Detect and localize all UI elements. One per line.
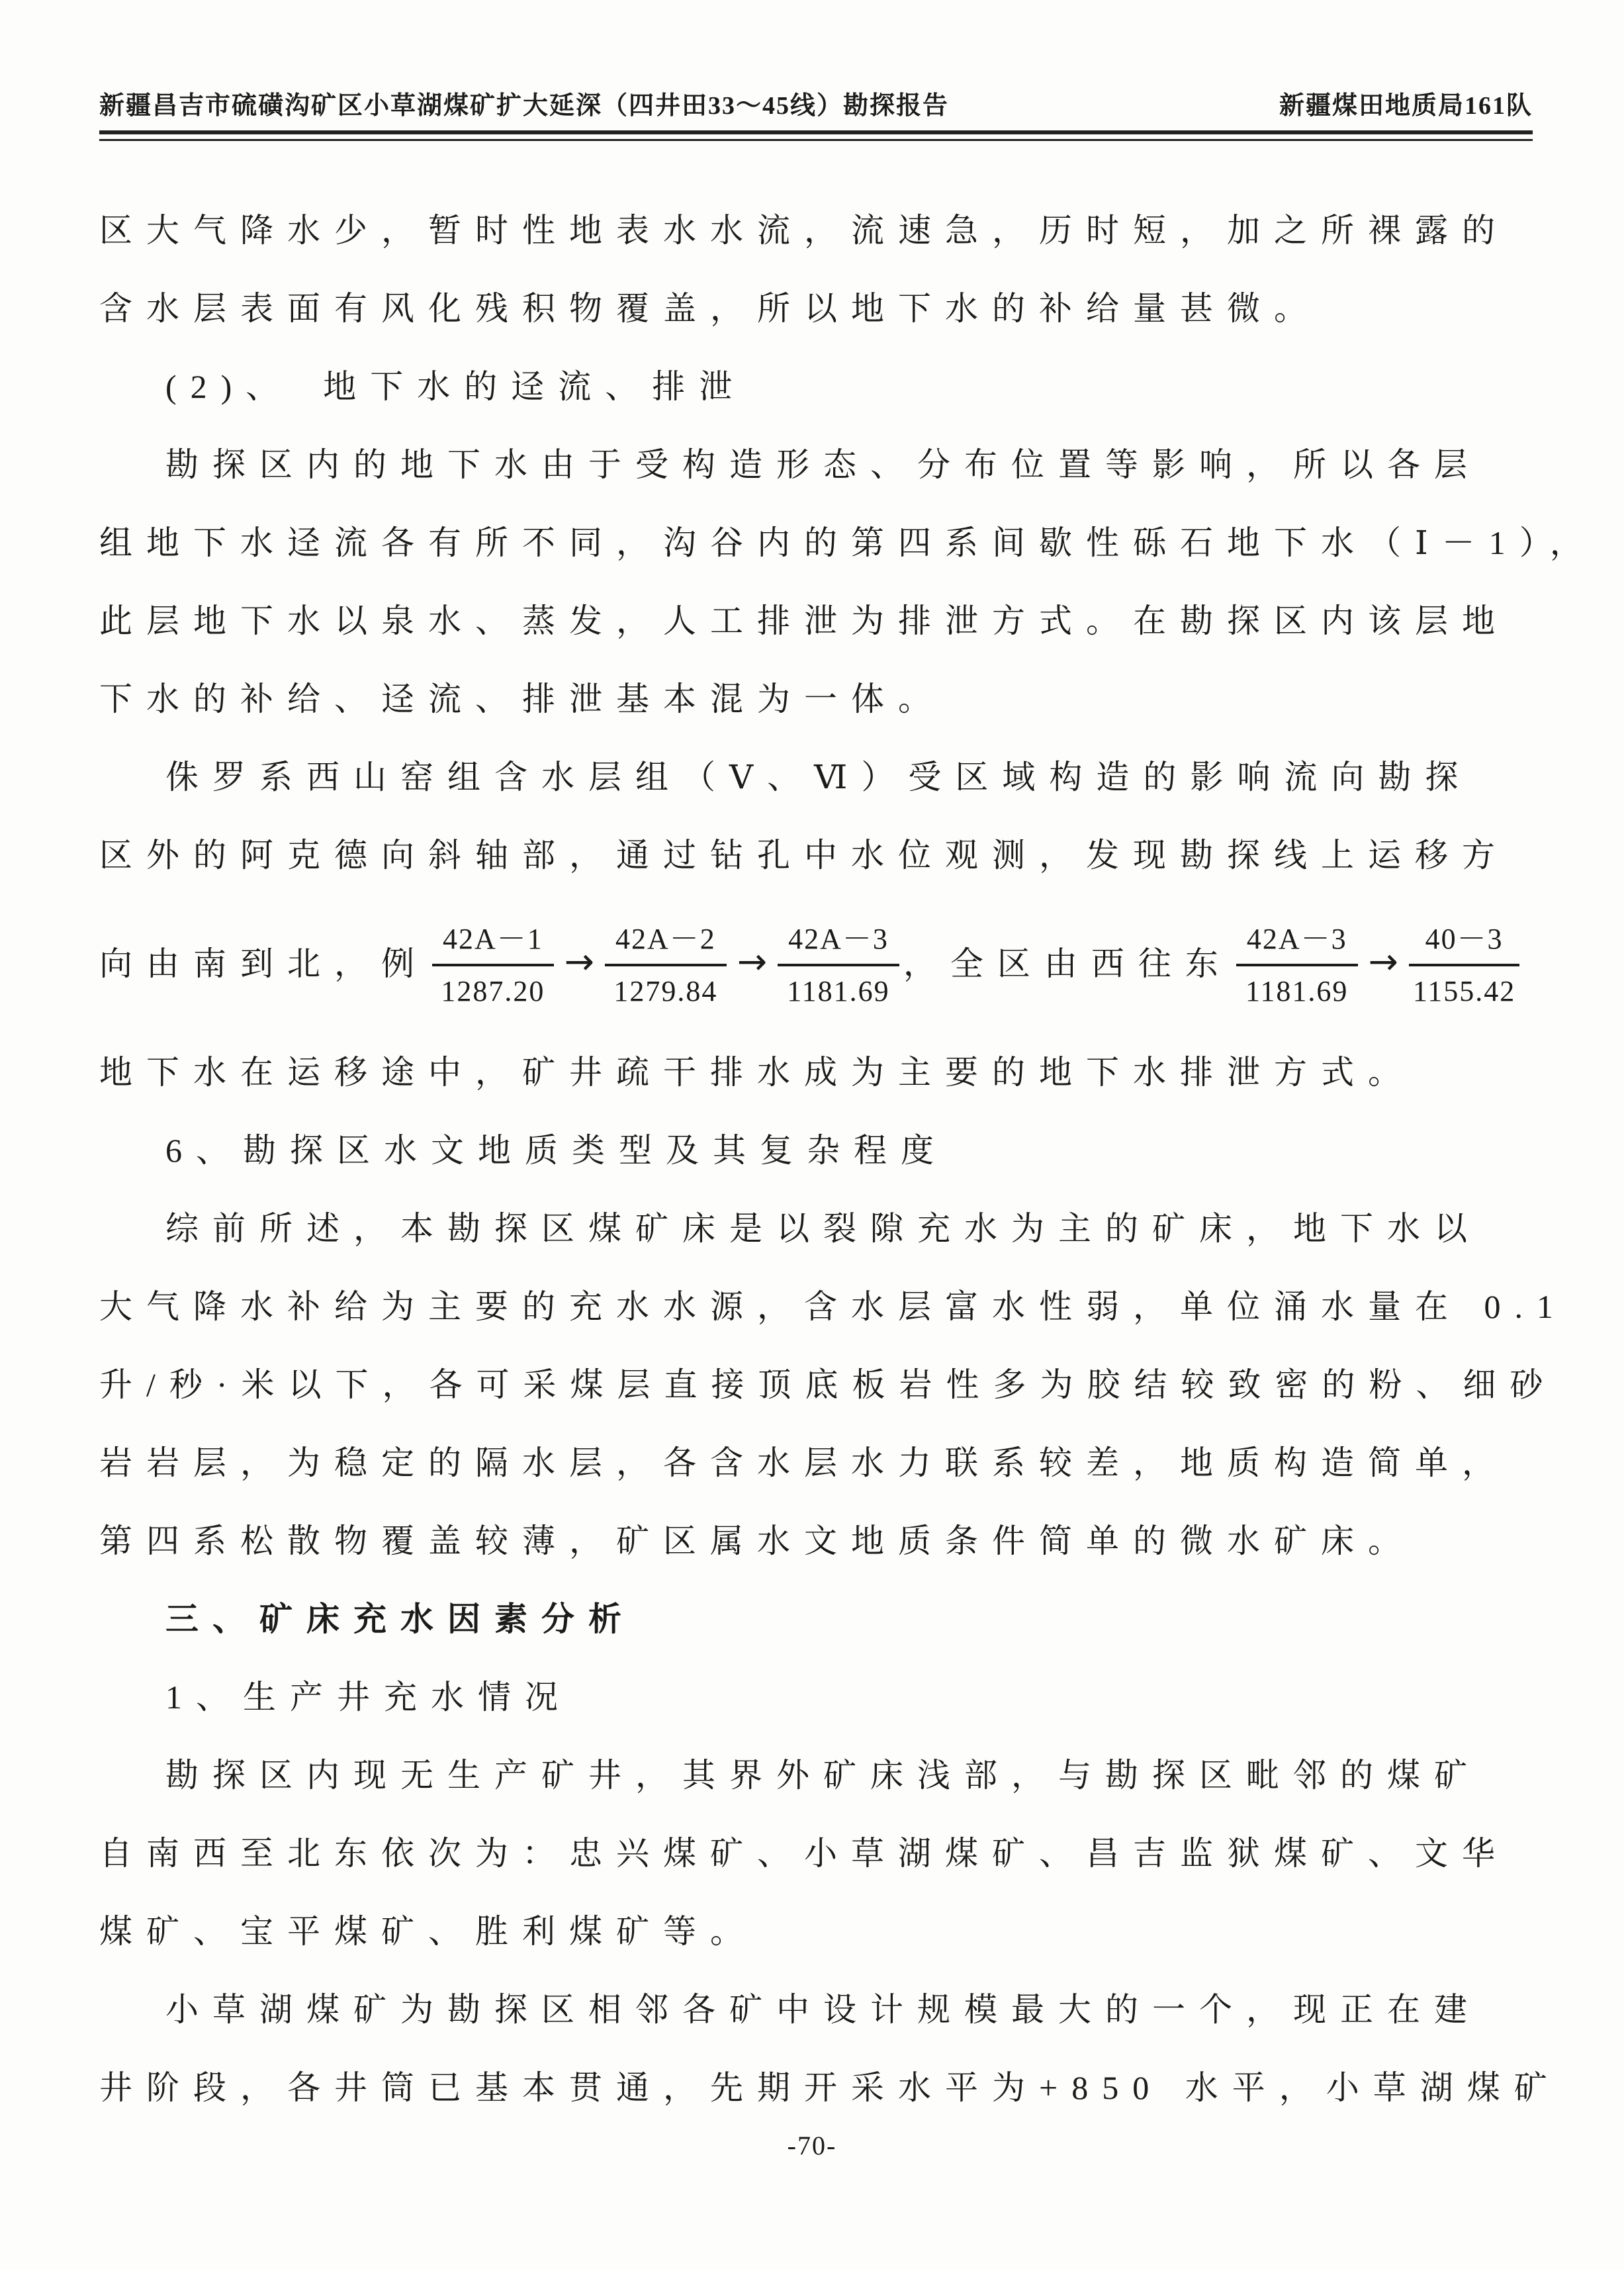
arrow-right-icon: → xyxy=(564,941,594,982)
page-number: -70- xyxy=(0,2130,1624,2161)
borehole-fraction: 42A－2 1279.84 xyxy=(605,915,727,1008)
borehole-fraction: 42A－1 1287.20 xyxy=(432,915,554,1008)
body-line: 侏罗系西山窑组含水层组（Ⅴ、Ⅵ）受区域构造的影响流向勘探 xyxy=(99,735,1533,813)
fraction-denominator: 1155.42 xyxy=(1409,966,1519,1008)
body-line: 小草湖煤矿为勘探区相邻各矿中设计规模最大的一个，现正在建 xyxy=(99,1968,1533,2046)
body-line: 区大气降水少，暂时性地表水水流，流速急，历时短，加之所裸露的 xyxy=(99,189,1533,267)
fraction-denominator: 1181.69 xyxy=(778,966,899,1008)
borehole-fraction: 40－3 1155.42 xyxy=(1409,915,1519,1008)
arrow-right-icon: → xyxy=(1369,941,1398,982)
header-rule-thin xyxy=(99,139,1533,141)
body-line: 井阶段，各井筒已基本贯通，先期开采水平为+850 水平，小草湖煤矿 xyxy=(99,2046,1533,2124)
body-line: 下水的补给、迳流、排泄基本混为一体。 xyxy=(99,657,1533,735)
borehole-fraction: 42A－3 1181.69 xyxy=(778,915,899,1008)
fraction-numerator: 42A－1 xyxy=(432,915,554,966)
header-title: 新疆昌吉市硫磺沟矿区小草湖煤矿扩大延深（四井田33～45线）勘探报告 xyxy=(99,85,949,121)
borehole-fraction: 42A－3 1181.69 xyxy=(1236,915,1358,1008)
fraction-denominator: 1279.84 xyxy=(605,966,727,1008)
groundwater-flow-formula: 向由南到北，例 42A－1 1287.20 → 42A－2 1279.84 → … xyxy=(99,892,1533,1031)
body-line: 含水层表面有风化残积物覆盖，所以地下水的补给量甚微。 xyxy=(99,267,1533,345)
fraction-denominator: 1287.20 xyxy=(432,966,554,1008)
body-line: 地下水在运移途中，矿井疏干排水成为主要的地下水排泄方式。 xyxy=(99,1031,1533,1109)
formula-middle: ，全区由西往东 xyxy=(903,937,1232,985)
fraction-numerator: 42A－2 xyxy=(605,915,727,966)
subheading-line: (2)、 地下水的迳流、排泄 xyxy=(99,345,1533,423)
fraction-numerator: 42A－3 xyxy=(1236,915,1358,966)
subheading-line: 6、勘探区水文地质类型及其复杂程度 xyxy=(99,1109,1533,1187)
body-line: 勘探区内的地下水由于受构造形态、分布位置等影响，所以各层 xyxy=(99,423,1533,501)
section-heading: 三、矿床充水因素分析 xyxy=(99,1577,1533,1655)
body-line: 区外的阿克德向斜轴部，通过钻孔中水位观测，发现勘探线上运移方 xyxy=(99,813,1533,892)
fraction-numerator: 40－3 xyxy=(1409,915,1519,966)
body-line: 组地下水迳流各有所不同，沟谷内的第四系间歇性砾石地下水（Ⅰ－1）， xyxy=(99,501,1533,579)
fraction-denominator: 1181.69 xyxy=(1236,966,1358,1008)
body-line: 煤矿、宝平煤矿、胜利煤矿等。 xyxy=(99,1890,1533,1968)
body-line: 第四系松散物覆盖较薄，矿区属水文地质条件简单的微水矿床。 xyxy=(99,1499,1533,1577)
body-line: 综前所述，本勘探区煤矿床是以裂隙充水为主的矿床，地下水以 xyxy=(99,1187,1533,1265)
page-header: 新疆昌吉市硫磺沟矿区小草湖煤矿扩大延深（四井田33～45线）勘探报告 新疆煤田地… xyxy=(99,85,1533,130)
subheading-line: 1、生产井充水情况 xyxy=(99,1655,1533,1734)
arrow-right-icon: → xyxy=(737,941,767,982)
body-line: 此层地下水以泉水、蒸发，人工排泄为排泄方式。在勘探区内该层地 xyxy=(99,579,1533,657)
page-content: 新疆昌吉市硫磺沟矿区小草湖煤矿扩大延深（四井田33～45线）勘探报告 新疆煤田地… xyxy=(99,85,1533,2124)
body-line: 大气降水补给为主要的充水水源，含水层富水性弱，单位涌水量在 0.1 xyxy=(99,1265,1533,1343)
header-rule-thick xyxy=(99,130,1533,134)
document-page: 新疆昌吉市硫磺沟矿区小草湖煤矿扩大延深（四井田33～45线）勘探报告 新疆煤田地… xyxy=(0,0,1624,2269)
body-line: 升/秒·米以下，各可采煤层直接顶底板岩性多为胶结较致密的粉、细砂 xyxy=(99,1343,1533,1421)
body-line: 岩岩层，为稳定的隔水层，各含水层水力联系较差，地质构造简单， xyxy=(99,1421,1533,1499)
document-body: 区大气降水少，暂时性地表水水流，流速急，历时短，加之所裸露的 含水层表面有风化残… xyxy=(99,189,1533,2124)
body-line: 自南西至北东依次为：忠兴煤矿、小草湖煤矿、昌吉监狱煤矿、文华 xyxy=(99,1812,1533,1890)
body-line: 勘探区内现无生产矿井，其界外矿床浅部，与勘探区毗邻的煤矿 xyxy=(99,1734,1533,1812)
fraction-numerator: 42A－3 xyxy=(778,915,899,966)
formula-prefix: 向由南到北，例 xyxy=(99,937,428,985)
header-organization: 新疆煤田地质局161队 xyxy=(1279,85,1533,121)
